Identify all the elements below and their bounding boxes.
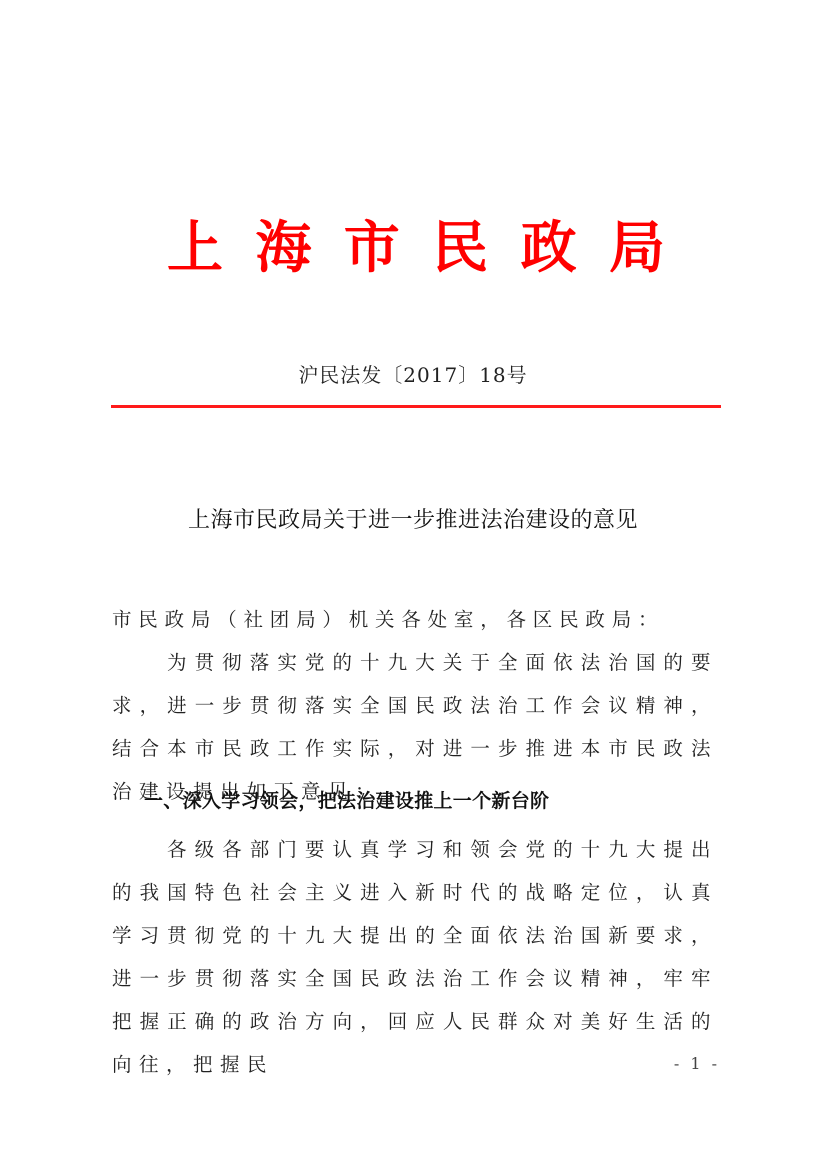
document-number: 沪民法发〔2017〕18号: [0, 361, 826, 389]
red-header-divider: [111, 405, 721, 408]
title-char: 上: [166, 213, 224, 283]
title-char: 海: [254, 213, 312, 283]
title-char: 政: [520, 213, 578, 283]
salutation: 市民政局（社团局）机关各处室，各区民政局：: [112, 598, 718, 641]
title-char: 民: [431, 213, 489, 283]
title-char: 局: [608, 213, 666, 283]
section-heading: 一、深入学习领会，把法治建设推上一个新台阶: [144, 786, 549, 816]
page-number: - 1 -: [672, 1054, 722, 1074]
document-title: 上海市民政局关于进一步推进法治建设的意见: [0, 506, 826, 536]
section-paragraph: 各级各部门要认真学习和领会党的十九大提出的我国特色社会主义进入新时代的战略定位，…: [112, 828, 718, 1086]
document-page: 上 海 市 民 政 局 沪民法发〔2017〕18号 上海市民政局关于进一步推进法…: [0, 0, 826, 1169]
issuing-authority-title: 上 海 市 民 政 局: [166, 213, 666, 283]
title-char: 市: [343, 213, 401, 283]
